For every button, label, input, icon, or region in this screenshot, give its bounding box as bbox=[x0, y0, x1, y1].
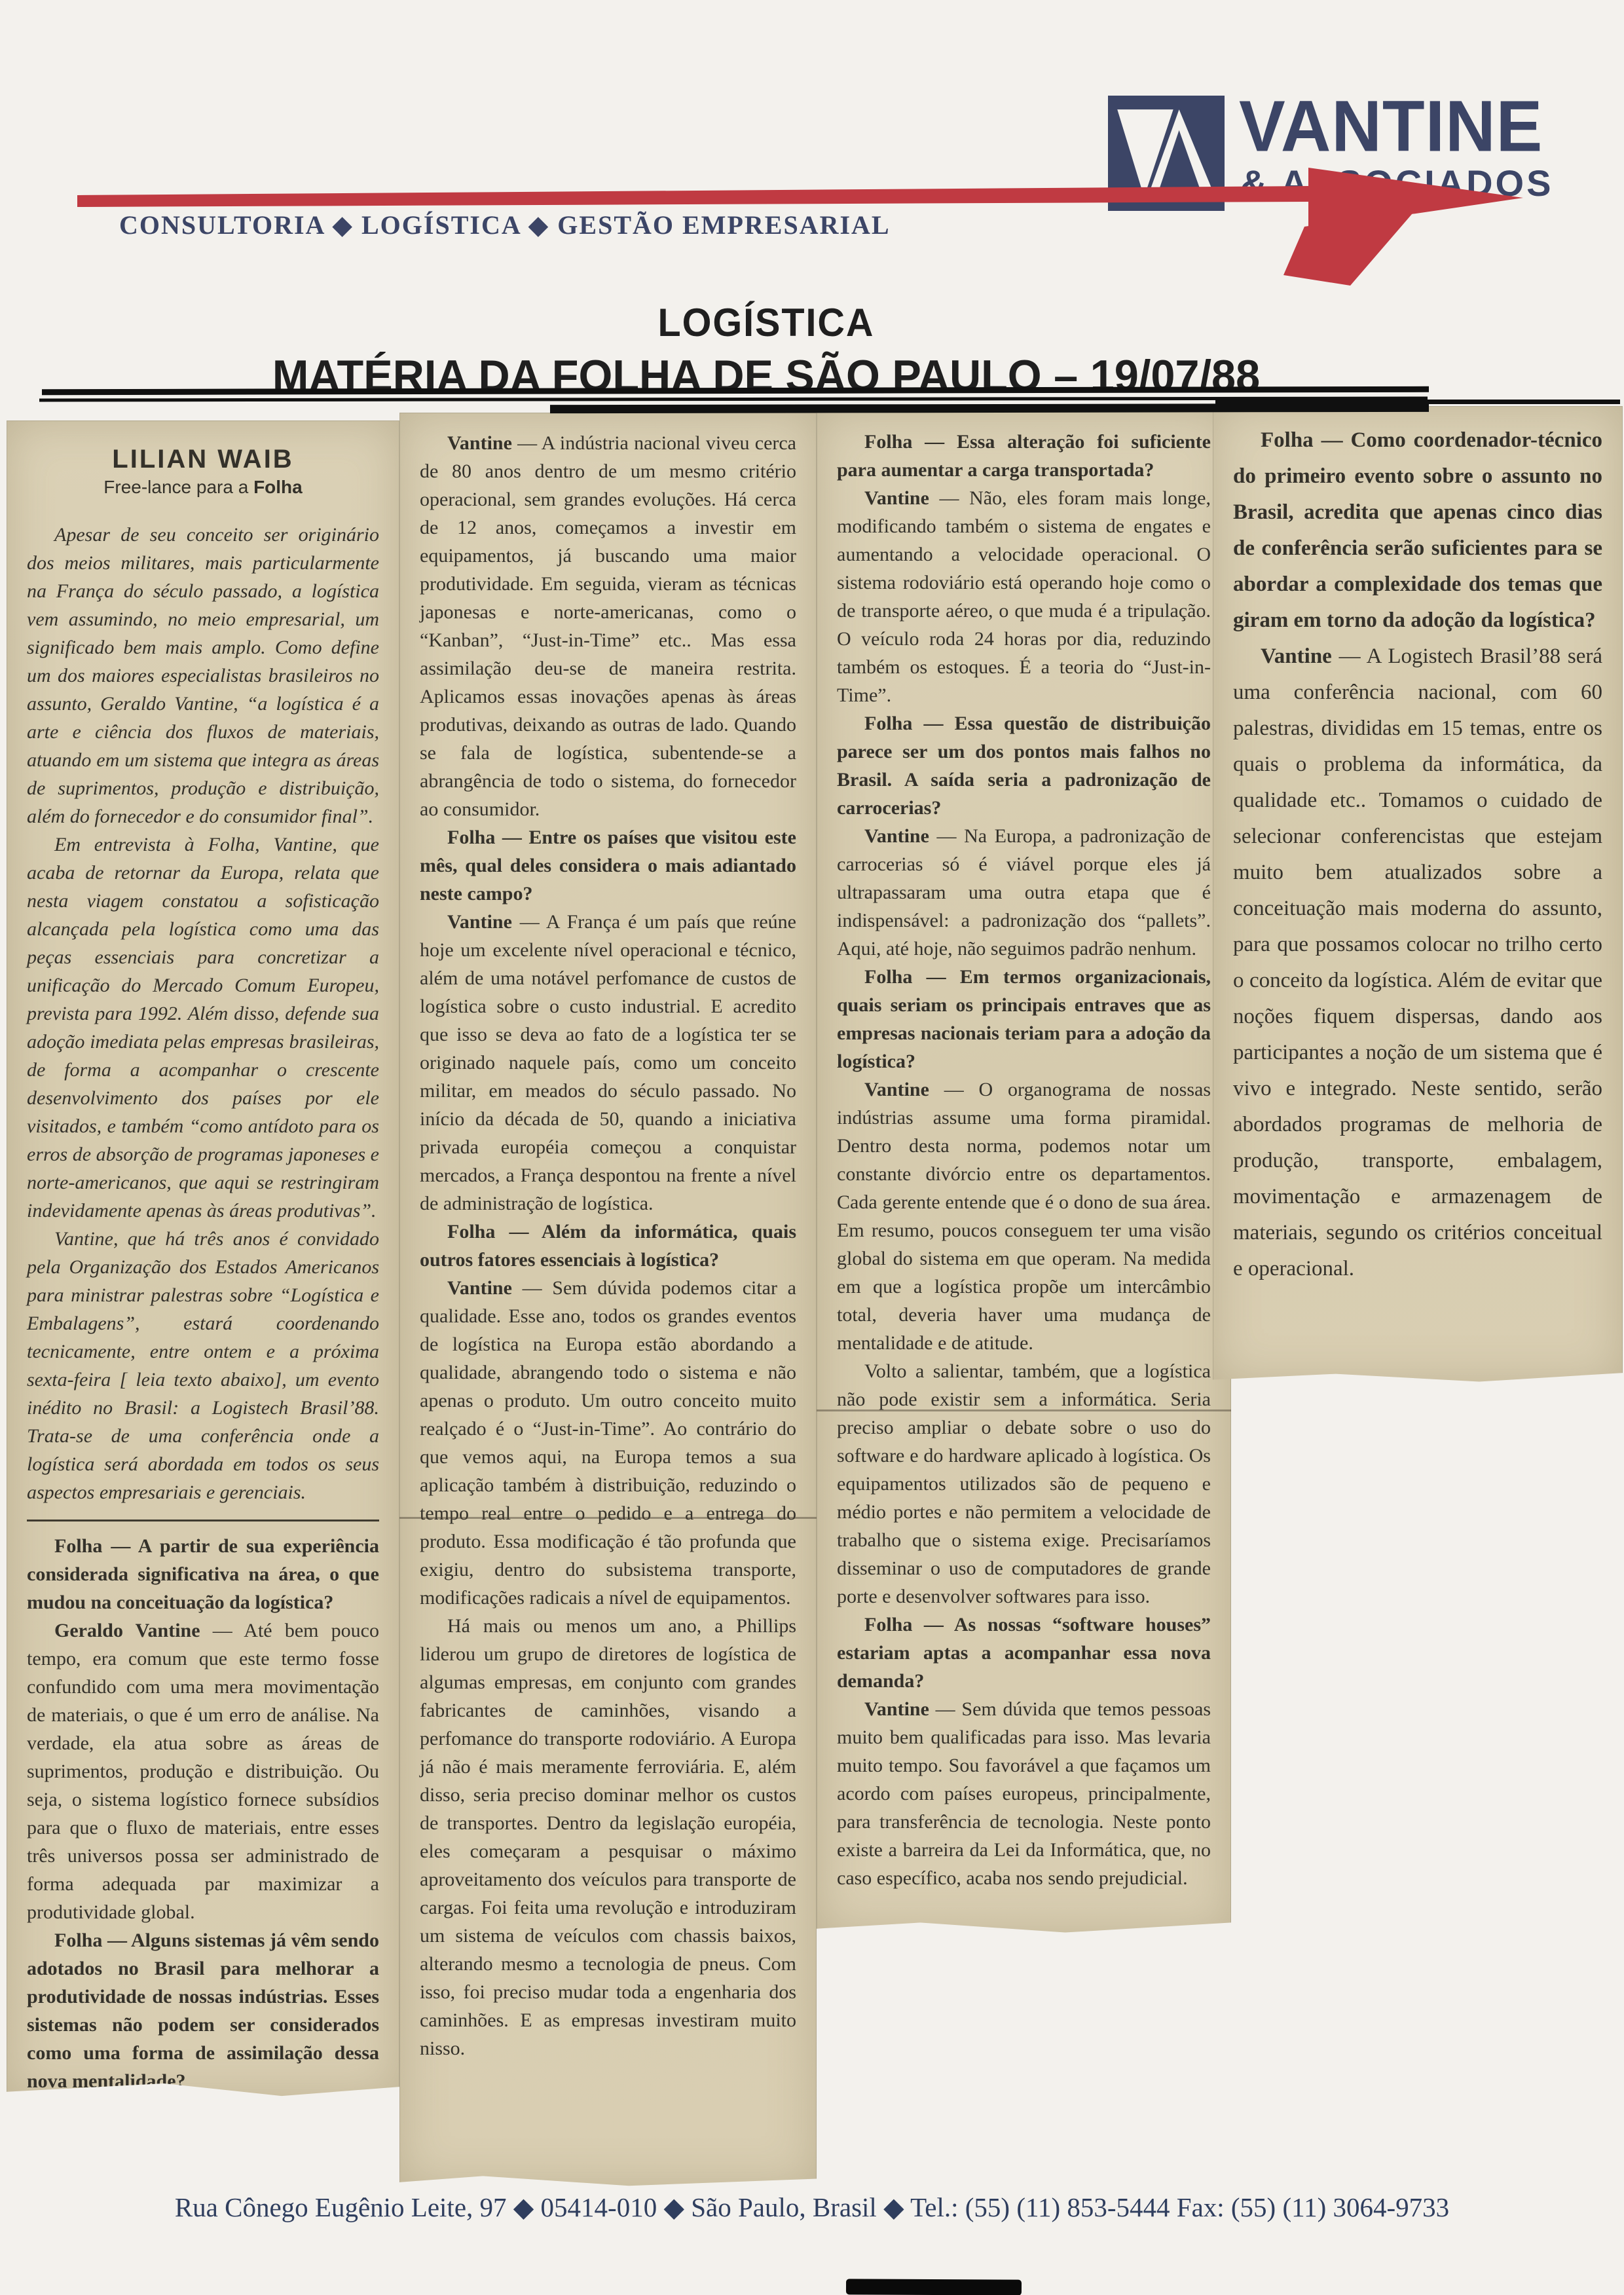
answer-paragraph: Vantine — A indústria nacional viveu cer… bbox=[420, 429, 796, 823]
column-divider bbox=[27, 1520, 379, 1521]
question-paragraph: Folha — Essa alteração foi suficiente pa… bbox=[837, 428, 1211, 484]
byline: LILIAN WAIB bbox=[27, 445, 379, 474]
answer-paragraph: Geraldo Vantine — Até bem pouco tempo, e… bbox=[27, 1616, 379, 1926]
scan-ink-blot bbox=[846, 2279, 1022, 2295]
intro-paragraph: Em entrevista à Folha, Vantine, que acab… bbox=[27, 830, 379, 1225]
question-paragraph: Folha — Em termos organizacionais, quais… bbox=[837, 963, 1211, 1075]
clipping-column-4: Folha — Como coordenador-técnico do prim… bbox=[1213, 406, 1623, 1385]
answer-paragraph: Vantine — Sem dúvida podemos citar a qua… bbox=[420, 1274, 796, 1612]
answer-paragraph: Vantine — Na Europa, a padronização de c… bbox=[837, 822, 1211, 963]
scan-tear-artifact bbox=[550, 403, 1429, 413]
answer-paragraph: Vantine — O organograma de nossas indúst… bbox=[837, 1075, 1211, 1357]
intro-paragraph: Vantine, que há três anos é convidado pe… bbox=[27, 1225, 379, 1506]
article-paragraph: Há mais ou menos um ano, a Phillips lide… bbox=[420, 1612, 796, 2062]
tagline: CONSULTORIA ◆ LOGÍSTICA ◆ GESTÃO EMPRESA… bbox=[119, 210, 891, 240]
answer-paragraph: Vantine — A França é um país que reúne h… bbox=[420, 908, 796, 1218]
byline-role: Free-lance para a Folha bbox=[27, 476, 379, 498]
question-paragraph: Folha — Essa questão de distribuição par… bbox=[837, 709, 1211, 822]
answer-paragraph: Vantine — A Logistech Brasil’88 será uma… bbox=[1233, 639, 1602, 1287]
doc-title-line1: LOGÍSTICA bbox=[31, 300, 1502, 345]
clipping-column-1: LILIAN WAIBFree-lance para a FolhaApesar… bbox=[7, 420, 399, 2099]
question-paragraph: Folha — As nossas “software houses” esta… bbox=[837, 1611, 1211, 1695]
crease-line bbox=[399, 1517, 817, 1519]
scan-tear-artifact bbox=[1215, 400, 1620, 404]
crease-line bbox=[817, 1409, 1231, 1411]
clipping-column-2: Vantine — A indústria nacional viveu cer… bbox=[399, 413, 817, 2188]
scanned-page: VANTINE & ASSOCIADOS CONSULTORIA ◆ LOGÍS… bbox=[0, 0, 1624, 2295]
question-paragraph: Folha — Como coordenador-técnico do prim… bbox=[1233, 422, 1602, 639]
answer-paragraph: Vantine — Sem dúvida que temos pessoas m… bbox=[837, 1695, 1211, 1892]
intro-paragraph: Apesar de seu conceito ser originário do… bbox=[27, 521, 379, 830]
article-paragraph: Volto a salientar, também, que a logísti… bbox=[837, 1357, 1211, 1611]
question-paragraph: Folha — A partir de sua experiência cons… bbox=[27, 1532, 379, 1616]
question-paragraph: Folha — Entre os países que visitou este… bbox=[420, 823, 796, 908]
footer-address: Rua Cônego Eugênio Leite, 97 ◆ 05414-010… bbox=[0, 2192, 1624, 2223]
question-paragraph: Folha — Além da informática, quais outro… bbox=[420, 1218, 796, 1274]
question-paragraph: Folha — Alguns sistemas já vêm sendo ado… bbox=[27, 1926, 379, 2095]
clipping-column-3: Folha — Essa alteração foi suficiente pa… bbox=[817, 411, 1231, 1935]
logo-wordmark: VANTINE bbox=[1239, 90, 1606, 162]
answer-paragraph: Vantine — Não, eles foram mais longe, mo… bbox=[837, 484, 1211, 709]
